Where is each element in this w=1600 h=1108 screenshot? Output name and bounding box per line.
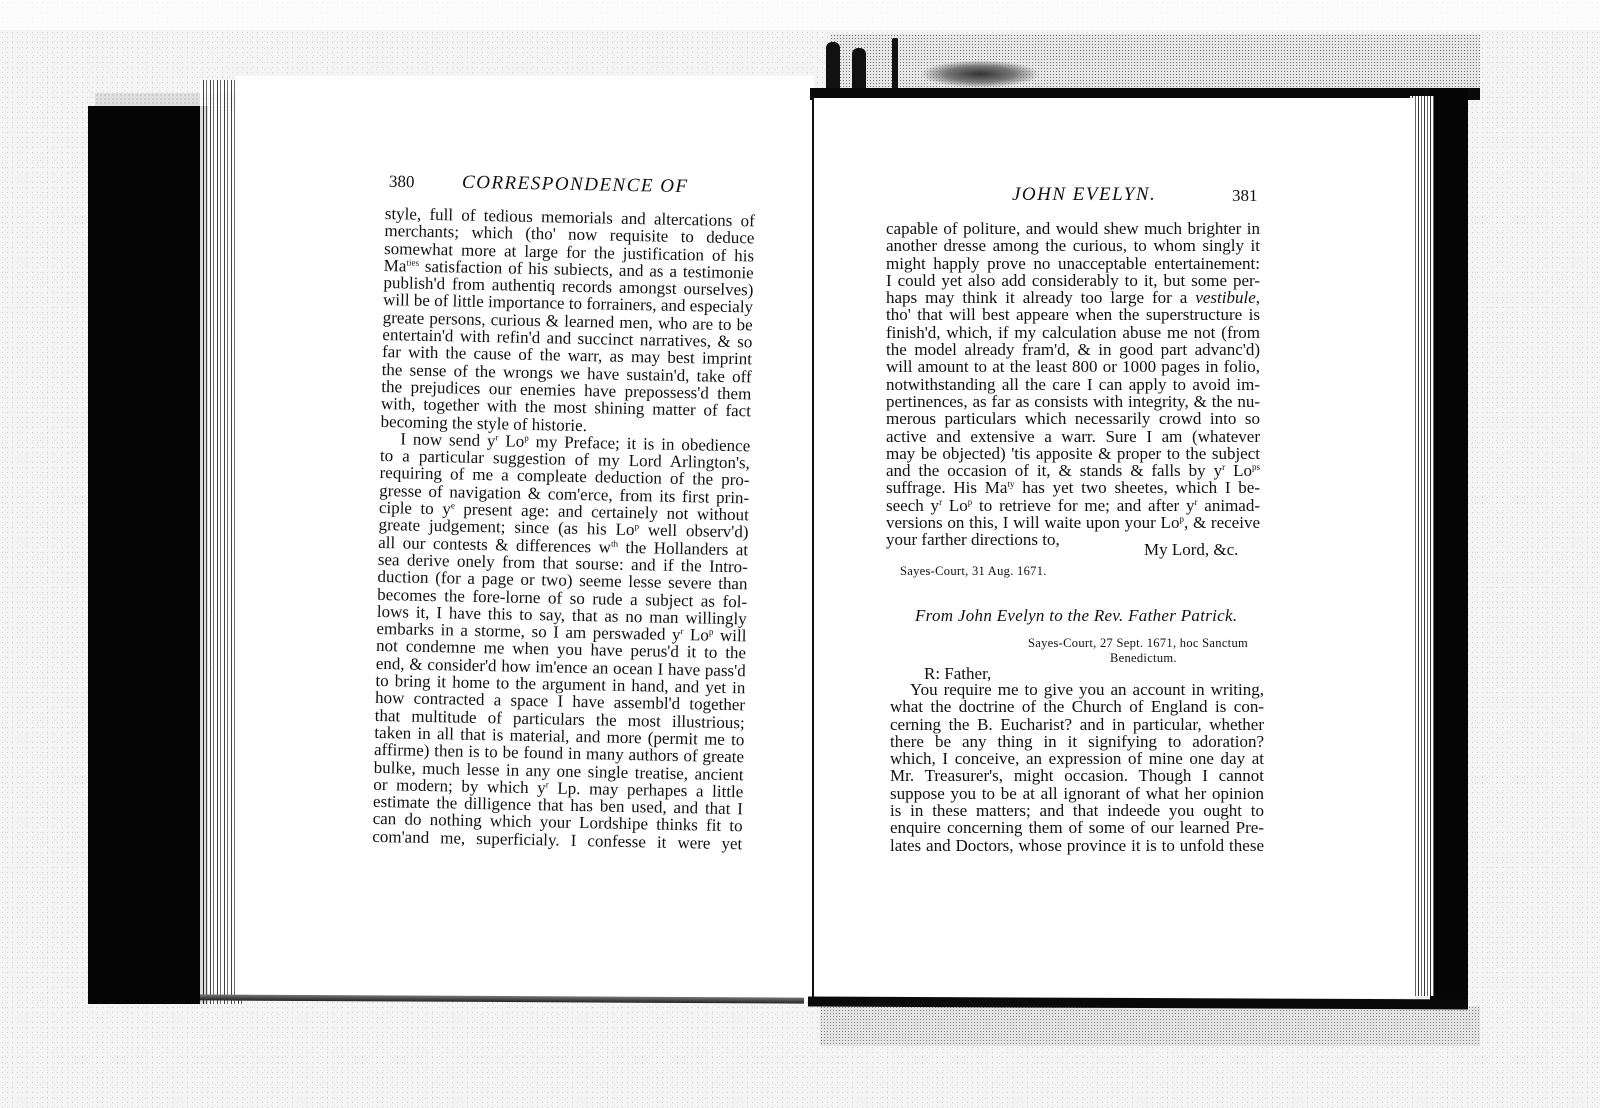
letter-signoff: My Lord, &c. xyxy=(1144,540,1238,560)
text-line: is in these matters; and that indeede yo… xyxy=(890,802,1264,819)
text-line: merous particulars which necessarily cro… xyxy=(886,410,1260,427)
text-line: capable of politure, and would shew much… xyxy=(886,220,1260,237)
running-head-left: CORRESPONDENCE OF xyxy=(462,172,689,198)
letter-heading: From John Evelyn to the Rev. Father Patr… xyxy=(915,606,1237,626)
text-line: I could yet also add considerably to it,… xyxy=(886,272,1260,289)
right-cover-shadow xyxy=(920,60,1040,88)
text-line: and the occasion of it, & stands & falls… xyxy=(886,462,1260,479)
letter-body: You require me to give you an account in… xyxy=(890,681,1264,854)
text-line: might happly prove no unacceptable enter… xyxy=(886,255,1260,272)
ribbon-marker xyxy=(826,42,840,94)
text-line: lates and Doctors, whose province it is … xyxy=(890,837,1264,854)
text-line: suffrage. His Maty has yet two sheetes, … xyxy=(886,479,1260,496)
page-number-left: 380 xyxy=(389,172,415,192)
letter-dateline-line2: Benedictum. xyxy=(1110,651,1177,666)
text-line: what the doctrine of the Church of Engla… xyxy=(890,698,1264,715)
left-page-body: style, full of tedious memorials and alt… xyxy=(372,205,755,852)
text-line: notwithstanding all the care I can apply… xyxy=(886,376,1260,393)
text-line: there be any thing in it signifying to a… xyxy=(890,733,1264,750)
text-line: the model already fram'd, & in good part… xyxy=(886,341,1260,358)
text-line: enquire concerning them of some of our l… xyxy=(890,819,1264,836)
running-head-title: JOHN EVELYN. xyxy=(1012,184,1156,205)
page-number-right: 381 xyxy=(1232,186,1258,206)
text-line: suppose you to be at all ignorant of wha… xyxy=(890,785,1264,802)
text-line: pertinences, as far as consists with int… xyxy=(886,393,1260,410)
letter-dateline-line1: Sayes-Court, 27 Sept. 1671, hoc Sanctum xyxy=(1028,636,1248,651)
letter-dateline: Sayes-Court, 31 Aug. 1671. xyxy=(900,564,1047,579)
running-head-title: CORRESPONDENCE OF xyxy=(462,172,689,197)
text-line: finish'd, which, if my calculation abuse… xyxy=(886,324,1260,341)
right-page-body: capable of politure, and would shew much… xyxy=(886,220,1260,549)
text-line: active and extensive a warr. Sure I am (… xyxy=(886,428,1260,445)
text-line: Mr. Treasurer's, might occasion. Though … xyxy=(890,767,1264,784)
text-line: which, I conceive, an expression of mine… xyxy=(890,750,1264,767)
text-line: versions on this, I will waite upon your… xyxy=(886,514,1260,531)
text-line: will amount to at the least 800 or 1000 … xyxy=(886,358,1260,375)
left-book-cover xyxy=(88,106,208,1004)
scan-margin-top xyxy=(0,0,1600,30)
text-line: You require me to give you an account in… xyxy=(890,681,1264,698)
text-line: cerning the B. Eucharist? and in particu… xyxy=(890,716,1264,733)
text-line: another dresse among the curious, to who… xyxy=(886,237,1260,254)
ribbon-marker xyxy=(892,38,898,94)
text-line: haps may think it already too large for … xyxy=(886,289,1260,306)
right-book-cover xyxy=(1430,88,1468,1000)
text-line: seech yr Lop to retrieve for me; and aft… xyxy=(886,497,1260,514)
running-head-right: JOHN EVELYN. xyxy=(1012,184,1156,206)
text-line: tho' that will best appeare when the sup… xyxy=(886,306,1260,323)
right-cover-bottom-band xyxy=(820,1006,1480,1046)
text-line: may be objected) 'tis apposite & proper … xyxy=(886,445,1260,462)
